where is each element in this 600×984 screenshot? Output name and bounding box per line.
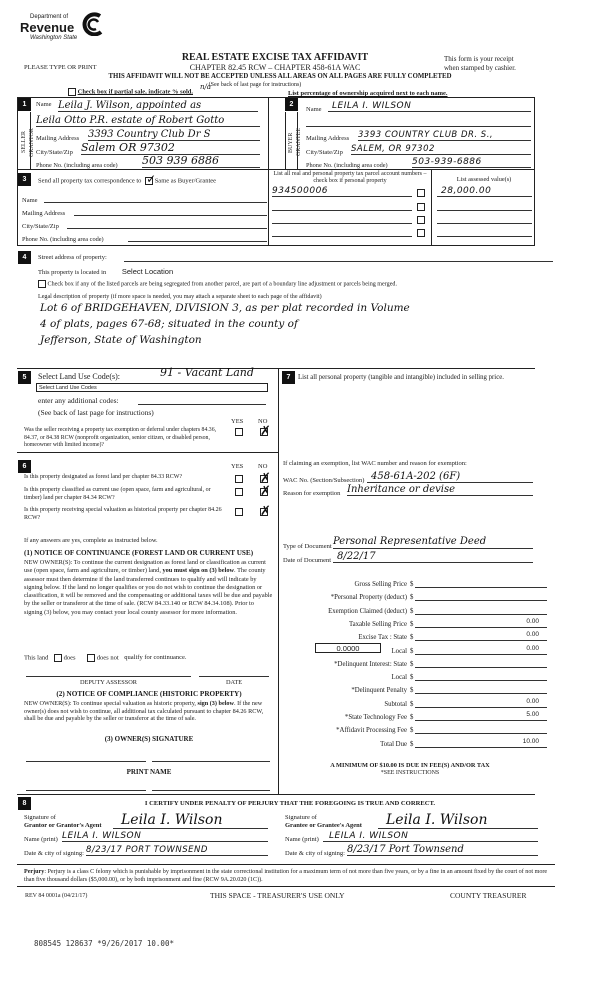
street-address-label: Street address of property: — [38, 254, 107, 261]
grantor-city-label: City/State/Zip — [36, 149, 73, 156]
s6-if-yes: If any answers are yes, complete as inst… — [24, 537, 158, 544]
certify-statement: I CERTIFY UNDER PENALTY OF PERJURY THAT … — [100, 800, 480, 807]
send-correspondence: Send all property tax correspondence to … — [38, 177, 216, 185]
dollar-sign: $ — [410, 727, 413, 734]
fee-label: *Delinquent Penalty — [283, 687, 407, 694]
notice2-text: NEW OWNER(S): To continue special valuat… — [24, 700, 274, 723]
notice2-title: (2) NOTICE OF COMPLIANCE (HISTORIC PROPE… — [24, 690, 274, 698]
notice1-text: NEW OWNER(S): To continue the current de… — [24, 559, 274, 617]
form-warning: THIS AFFIDAVIT WILL NOT BE ACCEPTED UNLE… — [60, 73, 500, 80]
buyer-grantee-text: BUYER GRANTEE — [287, 120, 297, 165]
fee-value — [415, 671, 547, 681]
grantee-city-field[interactable]: City/State/Zip SALEM, OR 97302 — [306, 143, 531, 156]
s6-yes-checkbox[interactable] — [235, 508, 243, 516]
reason-value: Inheritance or devise — [347, 484, 533, 496]
treasurer-stamp: 808545 128637 *9/26/2017 10.00* — [34, 939, 174, 948]
notice1-bold: you must sign on (3) below — [162, 567, 234, 574]
qualify-label: qualify for continuance. — [124, 654, 186, 661]
logo-line2: Revenue — [20, 20, 74, 35]
section-1-badge: 1 — [18, 98, 31, 111]
parcel-account-field[interactable] — [272, 200, 412, 211]
personal-property-label: List all personal property (tangible and… — [298, 373, 538, 383]
fee-row[interactable]: Taxable Selling Price$0.00 — [283, 617, 548, 629]
fee-value: 0.00 — [415, 698, 547, 708]
doc-type-field[interactable]: Type of Document Personal Representative… — [283, 536, 538, 550]
perjury-rule-top — [17, 864, 555, 865]
same-as-grantee-label: Same as Buyer/Grantee — [155, 177, 216, 184]
section-8-badge: 8 — [18, 797, 31, 810]
fee-row[interactable]: *Delinquent Interest: State$ — [283, 657, 548, 669]
doc-date-label: Date of Document — [283, 557, 331, 564]
additional-codes-field[interactable]: enter any additional codes: — [38, 396, 266, 406]
wac-value: 458-61A-202 (6F) — [367, 471, 533, 483]
corr-mailing-field[interactable]: Mailing Address — [22, 205, 267, 217]
does-checkbox[interactable] — [54, 654, 62, 662]
owner-signature-line-1[interactable] — [26, 761, 146, 762]
grantor-phone-value: 503 939 6886 — [142, 155, 260, 168]
print-name-line-1[interactable] — [26, 790, 146, 791]
deputy-assessor-label: DEPUTY ASSESSOR — [26, 679, 191, 686]
grantee-phone-field[interactable]: Phone No. (including area code) 503-939-… — [306, 156, 531, 169]
s6-yes-header: YES — [231, 463, 243, 470]
s6-no-header: NO — [258, 463, 267, 470]
fee-label: *Delinquent Interest: State — [283, 661, 407, 668]
fee-value — [415, 591, 547, 601]
s5-question: Was the seller receiving a property tax … — [24, 427, 228, 450]
receipt-note-2: when stamped by cashier. — [444, 64, 516, 72]
this-land-label: This land — [24, 654, 48, 661]
fee-row[interactable]: Total Due$10.00 — [283, 737, 548, 749]
s6-yes-checkbox[interactable] — [235, 475, 243, 483]
dollar-sign: $ — [410, 701, 413, 708]
grantee-name-print-label: Name (print) — [285, 836, 319, 843]
fee-value — [415, 684, 547, 694]
legal-desc-line2[interactable]: 4 of plats, pages 67-68; situated in the… — [40, 318, 298, 330]
receipt-note-1: This form is your receipt — [444, 55, 514, 63]
corr-phone-label: Phone No. (including area code) — [22, 236, 104, 243]
segregated-label: Check box if any of the listed parcels a… — [48, 281, 397, 287]
grantor-agent-label: Grantor or Grantor's Agent — [24, 822, 102, 830]
ownership-note: List percentage of ownership acquired ne… — [288, 90, 448, 97]
fee-value: 10.00 — [415, 738, 547, 748]
fee-row[interactable]: *State Technology Fee$5.00 — [283, 710, 548, 722]
grantor-mailing-label: Mailing Address — [36, 135, 79, 142]
fee-value: 0.00 — [415, 631, 547, 641]
seller-grantor-label: SELLER GRANTOR — [18, 112, 31, 169]
reason-field[interactable]: Reason for exemption Inheritance or devi… — [283, 485, 538, 497]
fee-value: 0.00 — [415, 618, 547, 628]
grantor-date-city: 8/23/17 PORT TOWNSEND — [86, 845, 268, 856]
grantor-name-print-label: Name (print) — [24, 836, 58, 843]
grantee-date-city-field[interactable]: Date & city of signing: 8/23/17 Port Tow… — [285, 845, 538, 857]
notice1-text-b: . The county assessor must then determin… — [24, 567, 272, 615]
assessor-date-line[interactable] — [199, 676, 269, 677]
assessed-header: List assessed value(s) — [436, 176, 532, 183]
dollar-sign: $ — [410, 621, 413, 628]
corr-name-label: Name — [22, 197, 38, 204]
s6-no-checkbox[interactable] — [260, 488, 268, 496]
dollar-sign: $ — [410, 648, 413, 655]
does-not-label: does not — [97, 654, 119, 661]
section-6-rule — [17, 452, 279, 453]
located-in-label: This property is located in — [38, 269, 106, 276]
send-correspondence-label: Send all property tax correspondence to — [38, 177, 141, 184]
fee-value: 5.00 — [415, 711, 547, 721]
grantee-city-value: SALEM, OR 97302 — [351, 144, 531, 155]
grantee-mailing-label: Mailing Address — [306, 135, 349, 142]
grantor-name-label: Name — [36, 101, 52, 108]
grantee-name-print: LEILA I. WILSON — [323, 831, 538, 842]
logo-line3: Washington State — [30, 35, 77, 41]
segregated-row: Check box if any of the listed parcels a… — [38, 280, 397, 288]
fee-label: *Affidavit Processing Fee — [283, 727, 407, 734]
s5-yes-header: YES — [231, 418, 243, 425]
corr-city-field[interactable]: City/State/Zip — [22, 218, 267, 230]
continuance-row: This land does does not qualify for cont… — [24, 654, 187, 662]
section-7-top-rule — [279, 368, 535, 369]
assessed-value-field[interactable] — [437, 200, 532, 211]
form-title: REAL ESTATE EXCISE TAX AFFIDAVIT — [150, 52, 400, 63]
dollar-sign: $ — [410, 661, 413, 668]
grantee-phone-value: 503-939-6886 — [412, 157, 531, 168]
fee-value — [415, 578, 547, 588]
s6-no-checkbox[interactable] — [260, 475, 268, 483]
grantor-name-print-field[interactable]: Name (print) LEILA I. WILSON — [24, 831, 268, 843]
dollar-sign: $ — [410, 594, 413, 601]
dollar-sign: $ — [410, 714, 413, 721]
grantor-sig-label: Signature of Grantor or Grantor's Agent — [24, 814, 102, 830]
land-use-select[interactable]: Select Land Use Codes — [36, 383, 268, 392]
fee-row[interactable]: Exemption Claimed (deduct)$ — [283, 604, 548, 616]
county-treasurer: COUNTY TREASURER — [450, 891, 526, 900]
grantee-name-value: LEILA I. WILSON — [328, 101, 531, 112]
corr-name-field[interactable]: Name — [22, 192, 267, 204]
grantee-date-city: 8/23/17 Port Townsend — [347, 844, 538, 856]
doc-date-value: 8/22/17 — [333, 551, 533, 563]
parcel-account-field[interactable]: 934500006 — [272, 186, 412, 197]
assessed-value-field[interactable]: 28,000.00 — [437, 186, 532, 197]
minimum-note: A MINIMUM OF $10.00 IS DUE IN FEE(S) AND… — [290, 762, 530, 769]
personal-property-checkbox[interactable] — [417, 229, 425, 237]
segregated-checkbox[interactable] — [38, 280, 46, 288]
partial-sale-label: Check box if partial sale, indicate % so… — [78, 88, 193, 95]
grantee-date-city-label: Date & city of signing: — [285, 850, 345, 857]
additional-codes-label: enter any additional codes: — [38, 396, 119, 405]
grantor-name-value: Leila J. Wilson, appointed as — [58, 100, 258, 112]
personal-property-checkbox[interactable] — [417, 189, 425, 197]
parcel-account-field[interactable] — [272, 226, 412, 237]
fee-row[interactable]: *Delinquent Penalty$ — [283, 683, 548, 695]
land-use-label: Select Land Use Code(s): — [38, 372, 120, 381]
assessed-value-field[interactable] — [437, 213, 532, 224]
owner-signature-line-2[interactable] — [152, 761, 270, 762]
deputy-assessor-line[interactable] — [26, 676, 191, 677]
grantor-name-value-2[interactable]: Leila Otto P.R. estate of Robert Gotto — [36, 115, 260, 127]
land-use-hand: 91 - Vacant Land — [160, 367, 260, 379]
wac-field[interactable]: WAC No. (Section/Subsection) 458-61A-202… — [283, 472, 538, 484]
section5-see-back: (See back of last page for instructions) — [38, 408, 154, 417]
does-label: does — [64, 654, 76, 661]
print-name-label: PRINT NAME — [24, 768, 274, 776]
grantee-mailing-field[interactable]: Mailing Address 3393 COUNTRY CLUB DR. S.… — [306, 129, 531, 142]
grantor-grantee-divider — [268, 97, 285, 170]
legal-desc-line1[interactable]: Lot 6 of BRIDGEHAVEN, DIVISION 3, as per… — [40, 302, 410, 314]
s6-no-checkbox[interactable] — [260, 508, 268, 516]
dor-swirl-icon — [82, 12, 104, 36]
grantee-name-print-field[interactable]: Name (print) LEILA I. WILSON — [285, 831, 538, 843]
section-7-badge: 7 — [282, 371, 295, 384]
s5-no-checkbox[interactable] — [260, 428, 268, 436]
grantee-city-label: City/State/Zip — [306, 149, 343, 156]
fee-label: Total Due — [283, 741, 407, 748]
doc-type-value: Personal Representative Deed — [333, 536, 533, 549]
perjury-rule-bottom — [17, 886, 555, 887]
form-revision: REV 84 0001a (04/21/17) — [25, 893, 87, 899]
assessed-value-field[interactable] — [437, 226, 532, 237]
fee-label: *State Technology Fee — [283, 714, 407, 721]
grantee-signature[interactable]: Leila I. Wilson — [378, 812, 538, 829]
partial-sale: Check box if partial sale, indicate % so… — [68, 88, 193, 96]
fee-label: Local — [283, 674, 407, 681]
grantor-name-field[interactable]: Name Leila J. Wilson, appointed as — [36, 100, 260, 113]
dollar-sign: $ — [410, 634, 413, 641]
s6-question: Is this property classified as current u… — [24, 487, 224, 502]
section-5-badge: 5 — [18, 371, 31, 384]
s5-yes-checkbox[interactable] — [235, 428, 243, 436]
partial-sale-hand: n/a — [200, 83, 211, 91]
fee-row[interactable]: *Affidavit Processing Fee$ — [283, 723, 548, 735]
section-6-badge: 6 — [18, 460, 31, 473]
notice2-bold: sign (3) below — [198, 700, 234, 707]
owner-signature-title: (3) OWNER(S) SIGNATURE — [24, 735, 274, 743]
partial-sale-checkbox[interactable] — [68, 88, 76, 96]
section-4-badge: 4 — [18, 251, 31, 264]
s6-question: Is this property receiving special valua… — [24, 507, 224, 522]
please-type: PLEASE TYPE OR PRINT — [24, 64, 97, 71]
fee-label: Gross Selling Price — [283, 581, 407, 588]
seller-grantor-text: SELLER GRANTOR — [20, 120, 30, 165]
grantor-phone-field[interactable]: Phone No. (including area code) 503 939 … — [36, 156, 260, 169]
fee-value — [415, 605, 547, 615]
dollar-sign: $ — [410, 581, 413, 588]
street-address-field[interactable]: Street address of property: — [38, 253, 553, 263]
buyer-grantee-label: BUYER GRANTEE — [285, 112, 298, 169]
grantee-sig-of: Signature of — [285, 814, 362, 822]
grantee-sig-label: Signature of Grantee or Grantee's Agent — [285, 814, 362, 830]
wac-label: WAC No. (Section/Subsection) — [283, 477, 364, 484]
grantee-mailing-value: 3393 COUNTRY CLUB DR. S., — [358, 130, 531, 141]
legal-desc-line3[interactable]: Jefferson, State of Washington — [40, 334, 202, 346]
corr-city-label: City/State/Zip — [22, 223, 59, 230]
doc-type-label: Type of Document — [283, 543, 332, 550]
treasurer-space: THIS SPACE - TREASURER'S USE ONLY — [210, 891, 345, 900]
s6-question: Is this property designated as forest la… — [24, 474, 224, 482]
fee-row[interactable]: Excise Tax : State$0.00 — [283, 630, 548, 642]
fee-label: *Personal Property (deduct) — [283, 594, 407, 601]
grantor-signature[interactable]: Leila I. Wilson — [113, 812, 268, 829]
doc-date-field[interactable]: Date of Document 8/22/17 — [283, 552, 538, 564]
grantor-name-print: LEILA I. WILSON — [62, 831, 268, 842]
parcel-account-field[interactable] — [272, 213, 412, 224]
grantee-agent-label: Grantee or Grantee's Agent — [285, 822, 362, 830]
local-rate-box[interactable]: 0.0000 — [315, 643, 381, 653]
print-name-line-2[interactable] — [152, 790, 270, 791]
grantor-mailing-value: 3393 Country Club Dr S — [88, 129, 260, 141]
fee-row[interactable]: *Personal Property (deduct)$ — [283, 590, 548, 602]
does-not-checkbox[interactable] — [87, 654, 95, 662]
grantor-sig-of: Signature of — [24, 814, 102, 822]
grantee-name-field[interactable]: Name LEILA I. WILSON — [306, 100, 531, 113]
fee-value — [415, 658, 547, 668]
fee-row[interactable]: Local$ — [283, 670, 548, 682]
form-chapter: CHAPTER 82.45 RCW – CHAPTER 458-61A WAC — [150, 63, 400, 72]
located-in: This property is located in Select Locat… — [38, 267, 173, 276]
parcel-header: List all real and personal property tax … — [272, 171, 428, 185]
reason-label: Reason for exemption — [283, 490, 340, 497]
fee-label: Subtotal — [283, 701, 407, 708]
personal-property-checkbox[interactable] — [417, 216, 425, 224]
fee-value — [415, 724, 547, 734]
fee-label: Exemption Claimed (deduct) — [283, 608, 407, 615]
perjury-notice: Perjury: Perjury is a class C felony whi… — [24, 868, 554, 884]
location-select[interactable]: Select Location — [122, 267, 173, 276]
section-3-badge: 3 — [18, 173, 31, 186]
grantor-phone-label: Phone No. (including area code) — [36, 162, 118, 169]
corr-mailing-label: Mailing Address — [22, 210, 65, 217]
legal-desc-label: Legal description of property (if more s… — [38, 294, 322, 300]
personal-property-checkbox[interactable] — [417, 203, 425, 211]
dollar-sign: $ — [410, 687, 413, 694]
exemption-label: If claiming an exemption, list WAC numbe… — [283, 460, 467, 467]
grantor-date-city-field[interactable]: Date & city of signing: 8/23/17 PORT TOW… — [24, 845, 268, 857]
fee-label: Taxable Selling Price — [283, 621, 407, 628]
notice1-title: (1) NOTICE OF CONTINUANCE (FOREST LAND O… — [24, 549, 253, 557]
grantor-date-city-label: Date & city of signing: — [24, 850, 84, 857]
see-instructions: *SEE INSTRUCTIONS — [290, 770, 530, 776]
dollar-sign: $ — [410, 741, 413, 748]
grantee-name-label: Name — [306, 106, 322, 113]
section-2-badge: 2 — [285, 98, 298, 111]
perjury-text: : Perjury is a class C felony which is p… — [24, 869, 547, 883]
dor-logo: Department of Revenue Washington State — [20, 14, 110, 50]
fee-row[interactable]: Gross Selling Price$ — [283, 577, 548, 589]
same-as-grantee-checkbox[interactable] — [145, 177, 153, 185]
grantee-phone-label: Phone No. (including area code) — [306, 162, 388, 169]
fee-value: 0.00 — [415, 645, 547, 655]
dollar-sign: $ — [410, 674, 413, 681]
assessor-date-label: DATE — [199, 679, 269, 686]
section-8-rule — [17, 794, 535, 795]
grantee-name-line-2[interactable] — [306, 126, 531, 127]
dollar-sign: $ — [410, 608, 413, 615]
fee-row[interactable]: Subtotal$0.00 — [283, 697, 548, 709]
corr-phone-field[interactable]: Phone No. (including area code) — [22, 231, 267, 243]
fee-label: Excise Tax : State — [283, 634, 407, 641]
s6-yes-checkbox[interactable] — [235, 488, 243, 496]
perjury-bold: Perjury — [24, 869, 44, 875]
notice2-text-a: NEW OWNER(S): To continue special valuat… — [24, 700, 196, 707]
